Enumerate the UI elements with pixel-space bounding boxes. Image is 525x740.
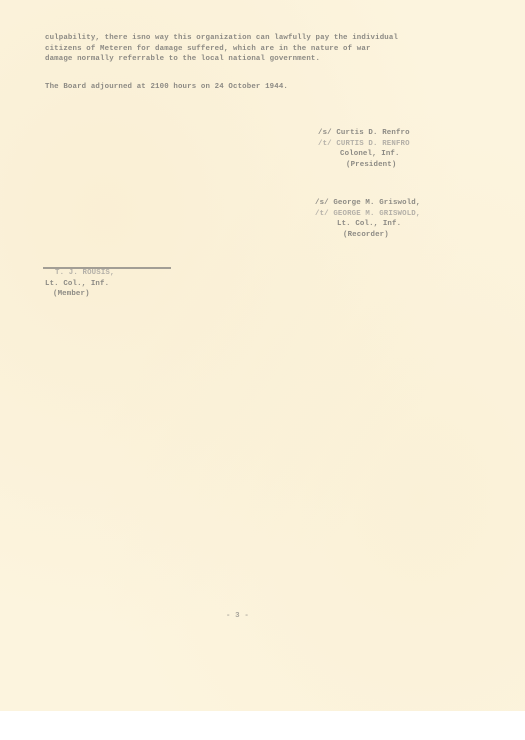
typed-name-line: /t/ GEORGE M. GRISWOLD, — [315, 209, 420, 220]
paragraph-line: culpability, there isno way this organiz… — [45, 33, 398, 44]
document-page: culpability, there isno way this organiz… — [0, 0, 525, 711]
closing-paragraph: culpability, there isno way this organiz… — [45, 33, 398, 65]
signed-line: /s/ George M. Griswold, — [315, 198, 420, 209]
role-line: (Recorder) — [315, 230, 420, 241]
rank-line: Lt. Col., Inf. — [45, 279, 115, 290]
page-number: - 3 - — [226, 611, 249, 622]
typed-name-line: /t/ CURTIS D. RENFRO — [318, 139, 410, 150]
signature-block-member: T. J. ROUSIS,Lt. Col., Inf.(Member) — [45, 268, 115, 300]
rank-line: Colonel, Inf. — [318, 149, 410, 160]
name-line: T. J. ROUSIS, — [45, 268, 115, 279]
role-line: (Member) — [45, 289, 115, 300]
adjournment-statement: The Board adjourned at 2100 hours on 24 … — [45, 82, 288, 93]
signature-block-president: /s/ Curtis D. Renfro/t/ CURTIS D. RENFRO… — [318, 128, 410, 170]
signature-block-recorder: /s/ George M. Griswold,/t/ GEORGE M. GRI… — [315, 198, 420, 240]
signed-line: /s/ Curtis D. Renfro — [318, 128, 410, 139]
paragraph-line: citizens of Meteren for damage suffered,… — [45, 44, 398, 55]
rank-line: Lt. Col., Inf. — [315, 219, 420, 230]
paragraph-line: damage normally referrable to the local … — [45, 54, 398, 65]
role-line: (President) — [318, 160, 410, 171]
